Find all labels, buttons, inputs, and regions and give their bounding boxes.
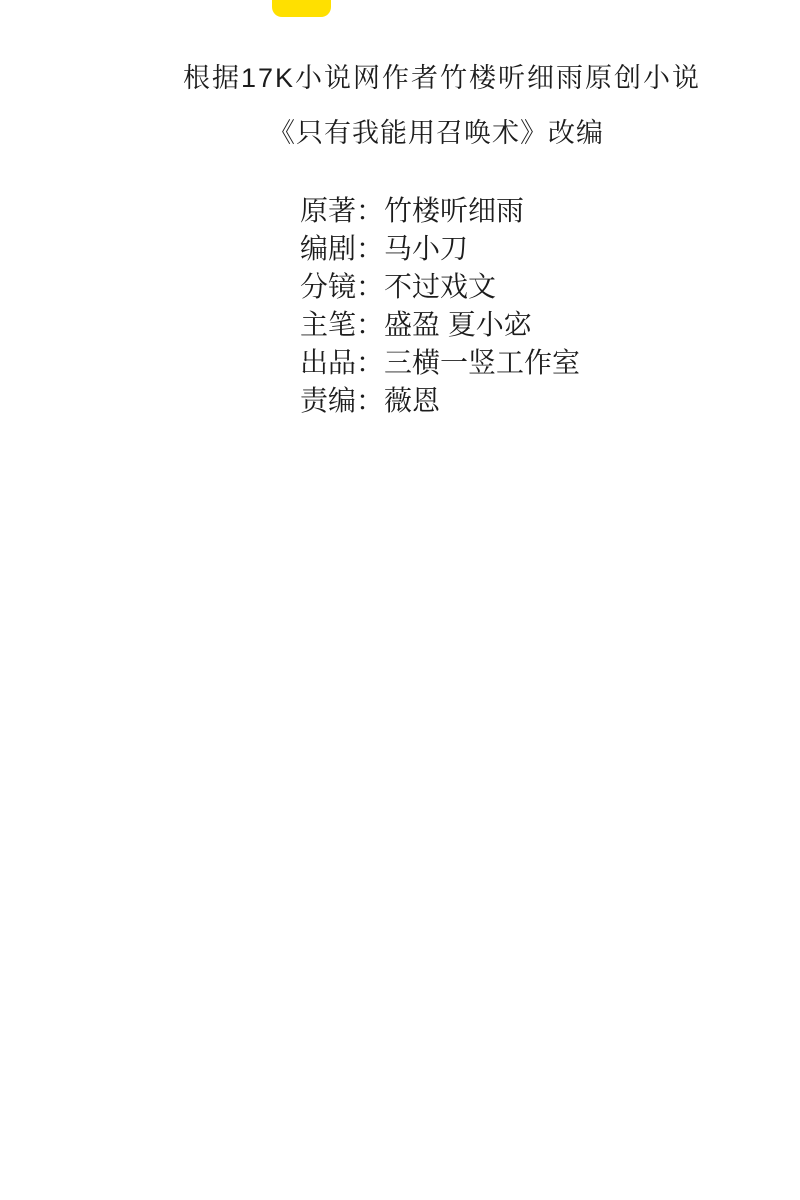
- yellow-tab-decoration: [272, 0, 331, 17]
- credit-label: 出品：: [300, 347, 384, 378]
- adapted-title-line: 《只有我能用召唤术》改编: [268, 117, 604, 149]
- credit-value: 薇恩: [384, 385, 440, 416]
- credit-row-lead-artist: 主笔：盛盈 夏小宓: [300, 306, 580, 344]
- credit-label: 编剧：: [300, 233, 384, 264]
- credit-value: 竹楼听细雨: [384, 195, 524, 226]
- credit-value: 三横一竖工作室: [384, 347, 580, 378]
- credit-label: 原著：: [300, 195, 384, 226]
- credit-row-storyboard: 分镜：不过戏文: [300, 268, 580, 306]
- adaptation-source-line: 根据17K小说网作者竹楼听细雨原创小说: [183, 62, 701, 94]
- credit-value: 马小刀: [384, 233, 468, 264]
- credit-row-original-author: 原著：竹楼听细雨: [300, 192, 580, 230]
- comic-credits-page: 根据17K小说网作者竹楼听细雨原创小说 《只有我能用召唤术》改编 原著：竹楼听细…: [0, 0, 800, 1200]
- credit-row-scriptwriter: 编剧：马小刀: [300, 230, 580, 268]
- credit-row-producer: 出品：三横一竖工作室: [300, 344, 580, 382]
- credit-label: 主笔：: [300, 309, 384, 340]
- credit-value: 不过戏文: [384, 271, 496, 302]
- credit-value: 盛盈 夏小宓: [384, 309, 532, 340]
- credit-label: 责编：: [300, 385, 384, 416]
- credit-label: 分镜：: [300, 271, 384, 302]
- credits-list: 原著：竹楼听细雨 编剧：马小刀 分镜：不过戏文 主笔：盛盈 夏小宓 出品：三横一…: [300, 192, 580, 420]
- credit-row-editor: 责编：薇恩: [300, 382, 580, 420]
